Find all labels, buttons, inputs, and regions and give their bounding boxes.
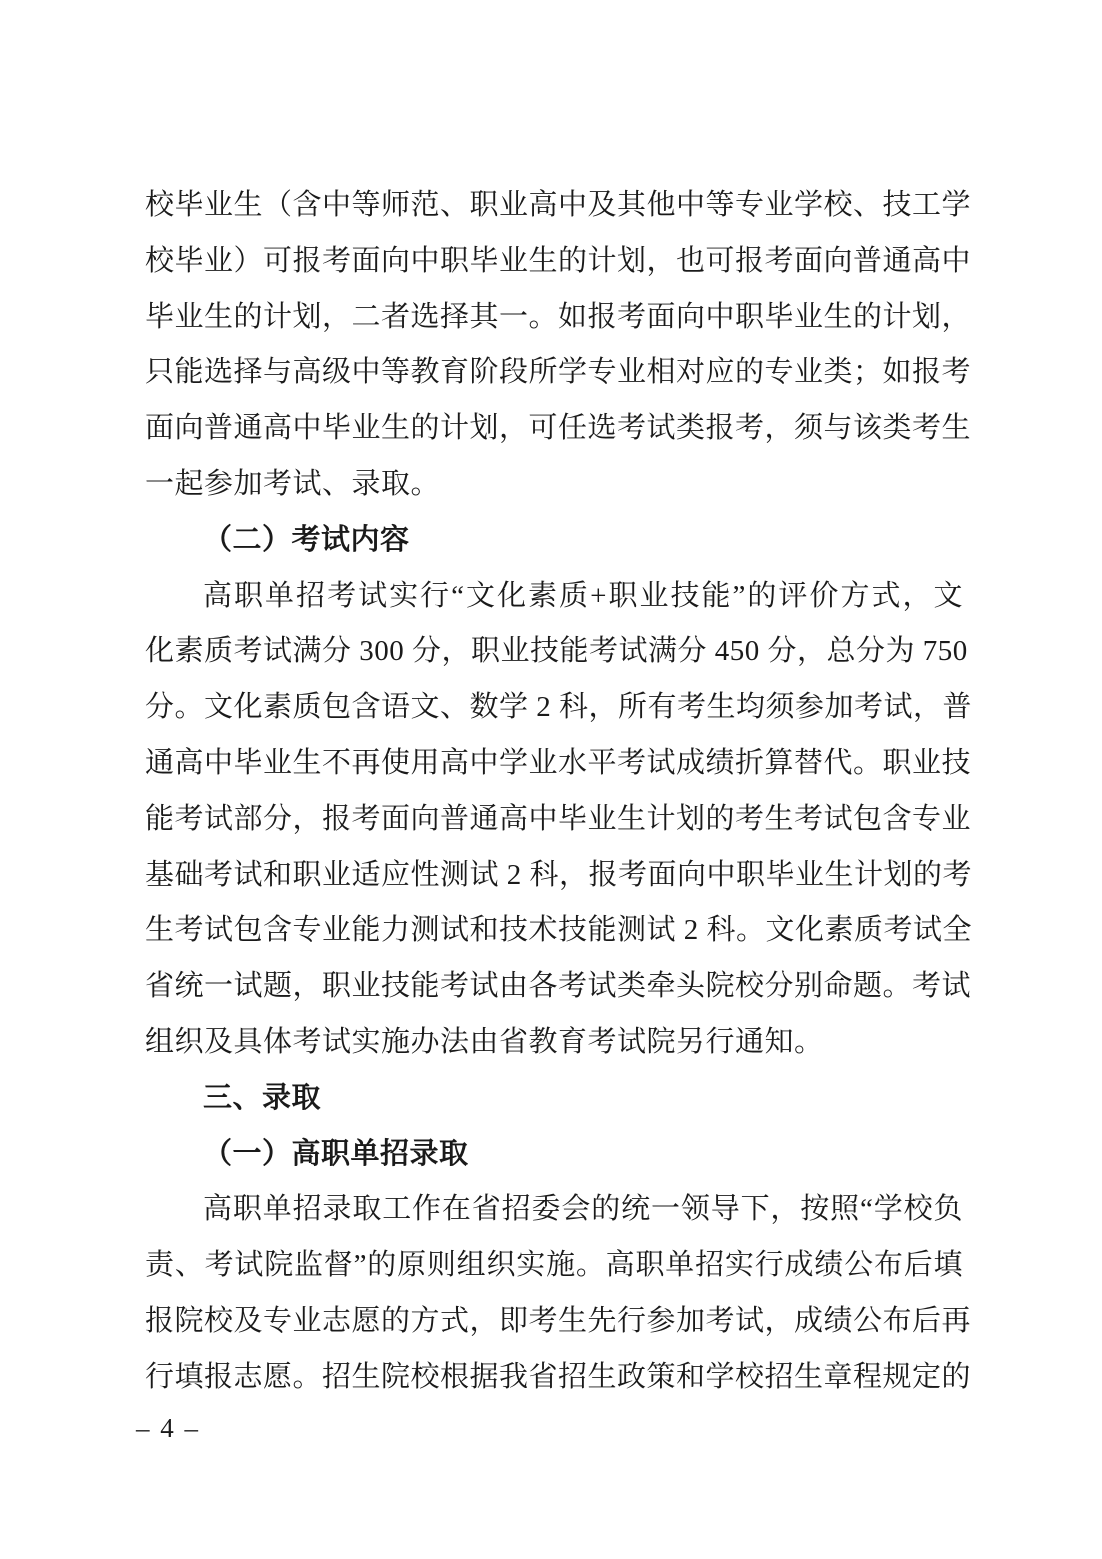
body-text-line: 只能选择与高级中等教育阶段所学专业相对应的专业类；如报考 bbox=[145, 345, 963, 401]
body-text-line: 毕业生的计划，二者选择其一。如报考面向中职毕业生的计划， bbox=[145, 290, 963, 346]
document-text-block: 校毕业生（含中等师范、职业高中及其他中等专业学校、技工学 校毕业）可报考面向中职… bbox=[145, 178, 963, 1406]
body-text-line: 高职单招录取工作在省招委会的统一领导下，按照“学校负 bbox=[145, 1182, 963, 1238]
body-text-line: 面向普通高中毕业生的计划，可任选考试类报考，须与该类考生 bbox=[145, 401, 963, 457]
body-text-line: 省统一试题，职业技能考试由各考试类牵头院校分别命题。考试 bbox=[145, 959, 963, 1015]
body-text-line: 组织及具体考试实施办法由省教育考试院另行通知。 bbox=[145, 1015, 963, 1071]
body-text-line: 基础考试和职业适应性测试 2 科，报考面向中职毕业生计划的考 bbox=[145, 848, 963, 904]
body-text-line: 报院校及专业志愿的方式，即考生先行参加考试，成绩公布后再 bbox=[145, 1294, 963, 1350]
body-text-line: 责、考试院监督”的原则组织实施。高职单招实行成绩公布后填 bbox=[145, 1238, 963, 1294]
body-text-line: 能考试部分，报考面向普通高中毕业生计划的考生考试包含专业 bbox=[145, 792, 963, 848]
body-text-line: 一起参加考试、录取。 bbox=[145, 457, 963, 513]
page-number: – 4 – bbox=[136, 1412, 200, 1444]
body-text-line: 生考试包含专业能力测试和技术技能测试 2 科。文化素质考试全 bbox=[145, 903, 963, 959]
body-text-line: 通高中毕业生不再使用高中学业水平考试成绩折算替代。职业技 bbox=[145, 736, 963, 792]
body-text-line: 化素质考试满分 300 分，职业技能考试满分 450 分，总分为 750 bbox=[145, 624, 963, 680]
body-text-line: 行填报志愿。招生院校根据我省招生政策和学校招生章程规定的 bbox=[145, 1350, 963, 1406]
body-text-line: 校毕业生（含中等师范、职业高中及其他中等专业学校、技工学 bbox=[145, 178, 963, 234]
body-text-line: 校毕业）可报考面向中职毕业生的计划，也可报考面向普通高中 bbox=[145, 234, 963, 290]
section-heading-admission: 三、录取 bbox=[145, 1071, 963, 1127]
document-page: 校毕业生（含中等师范、职业高中及其他中等专业学校、技工学 校毕业）可报考面向中职… bbox=[0, 0, 1102, 1559]
subsection-heading-danzhao-admission: （一）高职单招录取 bbox=[145, 1127, 963, 1183]
section-heading-exam-content: （二）考试内容 bbox=[145, 513, 963, 569]
body-text-line: 高职单招考试实行“文化素质+职业技能”的评价方式，文 bbox=[145, 569, 963, 625]
body-text-line: 分。文化素质包含语文、数学 2 科，所有考生均须参加考试，普 bbox=[145, 680, 963, 736]
